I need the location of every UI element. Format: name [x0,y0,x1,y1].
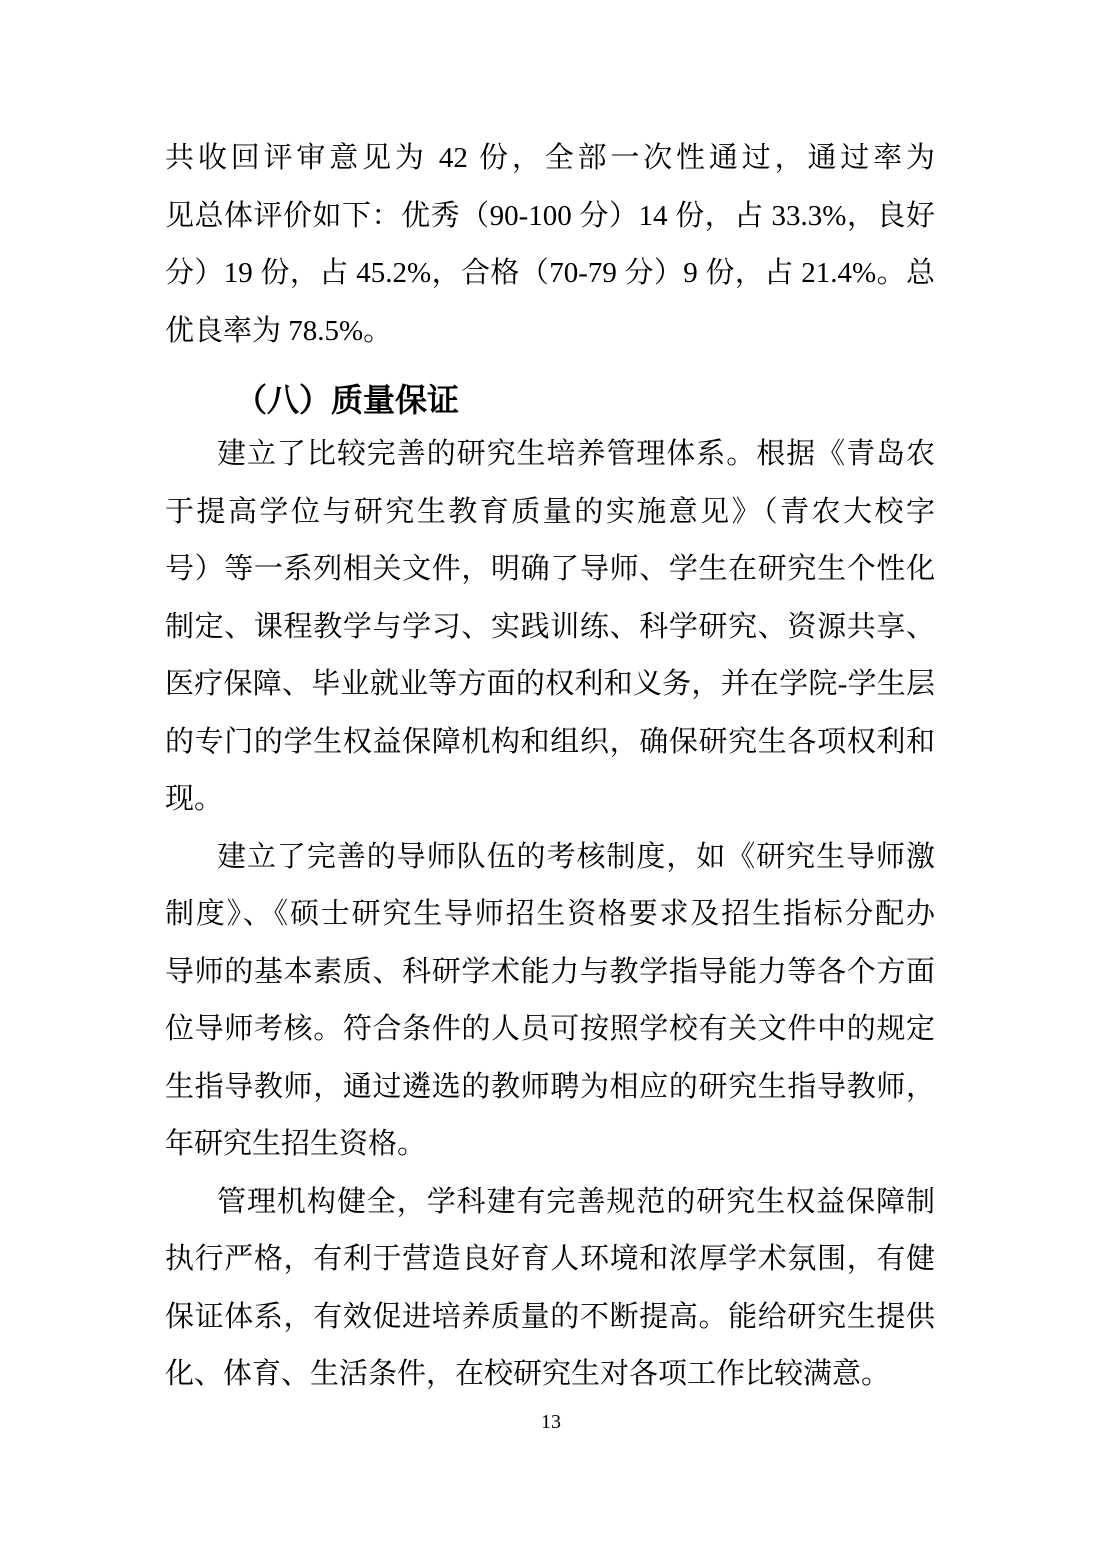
text-line: 导师的基本素质、科研学术能力与教学指导能力等各个方面对专业学 [165,944,935,1002]
document-page: 共收回评审意见为 42 份，全部一次性通过，通过率为 100%；评审意 见总体评… [0,0,1102,1559]
text-line: 见总体评价如下：优秀（90-100 分）14 份，占 33.3%，良好（80-8… [165,188,935,246]
text-line: 建立了比较完善的研究生培养管理体系。根据《青岛农业大学关 [165,426,935,484]
text-line: 制定、课程教学与学习、实践训练、科学研究、资源共享、奖助申请、 [165,599,935,657]
text-line: 执行严格，有利于营造良好育人环境和浓厚学术氛围，有健全的质量 [165,1231,935,1289]
page-body: 共收回评审意见为 42 份，全部一次性通过，通过率为 100%；评审意 见总体评… [165,130,935,1404]
page-number: 13 [0,1408,1102,1436]
text-line: 于提高学位与研究生教育质量的实施意见》（青农大校字〔2019〕114 [165,484,935,542]
paragraph: 管理机构健全，学科建有完善规范的研究生权益保障制度，贯彻 执行严格，有利于营造良… [165,1174,935,1404]
paragraph: 建立了完善的导师队伍的考核制度，如《研究生导师激励与问则 制度》、《硕士研究生导… [165,829,935,1174]
text-line: 化、体育、生活条件，在校研究生对各项工作比较满意。 [165,1346,935,1404]
text-line: 年研究生招生资格。 [165,1116,935,1174]
text-line: 保证体系，有效促进培养质量的不断提高。能给研究生提供良好的文 [165,1289,935,1347]
text-line: 分）19 份，占 45.2%，合格（70-79 分）9 份，占 21.4%。总体… [165,245,935,303]
text-line: 医疗保障、毕业就业等方面的权利和义务，并在学院-学生层面设立 [165,656,935,714]
text-line: 位导师考核。符合条件的人员可按照学校有关文件中的规定遴选研究 [165,1001,935,1059]
text-line: 建立了完善的导师队伍的考核制度，如《研究生导师激励与问则 [165,829,935,887]
paragraph: 建立了比较完善的研究生培养管理体系。根据《青岛农业大学关 于提高学位与研究生教育… [165,426,935,829]
text-line: 号）等一系列相关文件，明确了导师、学生在研究生个性化培养计划 [165,541,935,599]
text-line: 的专门的学生权益保障机构和组织，确保研究生各项权利和义务的实 [165,714,935,772]
paragraph: 共收回评审意见为 42 份，全部一次性通过，通过率为 100%；评审意 见总体评… [165,130,935,360]
text-line: 优良率为 78.5%。 [165,303,935,361]
text-line: 现。 [165,771,935,829]
text-line: 管理机构健全，学科建有完善规范的研究生权益保障制度，贯彻 [165,1174,935,1232]
text-line: 共收回评审意见为 42 份，全部一次性通过，通过率为 100%；评审意 [165,130,935,188]
text-line: 制度》、《硕士研究生导师招生资格要求及招生指标分配办法》。从 [165,886,935,944]
section-heading: （八）质量保证 [165,374,935,426]
text-line: 生指导教师，通过遴选的教师聘为相应的研究生指导教师，并获得当 [165,1059,935,1117]
